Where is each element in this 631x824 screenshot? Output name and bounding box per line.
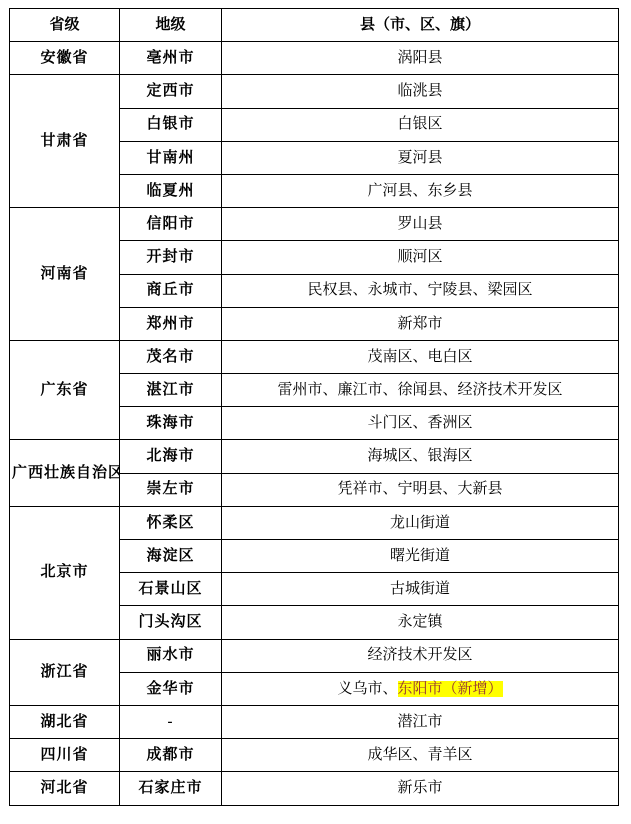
admin-divisions-table: 省级 地级 县（市、区、旗） 安徽省亳州市涡阳县甘肃省定西市临洮县白银市白银区甘… (9, 8, 619, 806)
county-cell: 民权县、永城市、宁陵县、梁园区 (222, 274, 619, 307)
table-header: 省级 地级 县（市、区、旗） (10, 9, 619, 42)
county-cell: 经济技术开发区 (222, 639, 619, 672)
prefecture-cell: 商丘市 (120, 274, 222, 307)
province-cell: 浙江省 (10, 639, 120, 705)
table-row: 广西壮族自治区北海市海城区、银海区 (10, 440, 619, 473)
county-cell: 涡阳县 (222, 42, 619, 75)
prefecture-cell: 信阳市 (120, 208, 222, 241)
county-cell: 古城街道 (222, 573, 619, 606)
province-cell: 四川省 (10, 739, 120, 772)
table-row: 甘肃省定西市临洮县 (10, 75, 619, 108)
prefecture-cell: 成都市 (120, 739, 222, 772)
prefecture-cell: 临夏州 (120, 174, 222, 207)
prefecture-cell: 白银市 (120, 108, 222, 141)
prefecture-cell: 丽水市 (120, 639, 222, 672)
province-cell: 河南省 (10, 208, 120, 341)
prefecture-cell: 亳州市 (120, 42, 222, 75)
province-cell: 河北省 (10, 772, 120, 805)
prefecture-cell: 甘南州 (120, 141, 222, 174)
table-row: 河北省石家庄市新乐市 (10, 772, 619, 805)
prefecture-cell: 定西市 (120, 75, 222, 108)
prefecture-cell: 海淀区 (120, 540, 222, 573)
county-cell: 曙光街道 (222, 540, 619, 573)
prefecture-cell: 湛江市 (120, 374, 222, 407)
province-cell: 湖北省 (10, 705, 120, 738)
prefecture-cell: 北海市 (120, 440, 222, 473)
county-cell: 凭祥市、宁明县、大新县 (222, 473, 619, 506)
county-cell: 成华区、青羊区 (222, 739, 619, 772)
table-row: 湖北省-潜江市 (10, 705, 619, 738)
county-cell: 临洮县 (222, 75, 619, 108)
county-cell: 潜江市 (222, 705, 619, 738)
prefecture-cell: 石家庄市 (120, 772, 222, 805)
prefecture-cell: 金华市 (120, 672, 222, 705)
highlighted-new-entry: 东阳市（新增） (398, 681, 503, 697)
table-row: 安徽省亳州市涡阳县 (10, 42, 619, 75)
province-cell: 北京市 (10, 506, 120, 639)
county-cell: 新郑市 (222, 307, 619, 340)
province-cell: 安徽省 (10, 42, 120, 75)
page: 省级 地级 县（市、区、旗） 安徽省亳州市涡阳县甘肃省定西市临洮县白银市白银区甘… (0, 0, 631, 824)
prefecture-cell: 茂名市 (120, 340, 222, 373)
prefecture-cell: 门头沟区 (120, 606, 222, 639)
province-cell: 广东省 (10, 340, 120, 440)
table-row: 四川省成都市成华区、青羊区 (10, 739, 619, 772)
table-row: 浙江省丽水市经济技术开发区 (10, 639, 619, 672)
county-cell: 永定镇 (222, 606, 619, 639)
header-county: 县（市、区、旗） (222, 9, 619, 42)
prefecture-cell: 崇左市 (120, 473, 222, 506)
county-cell: 罗山县 (222, 208, 619, 241)
table-row: 北京市怀柔区龙山街道 (10, 506, 619, 539)
table-row: 河南省信阳市罗山县 (10, 208, 619, 241)
table-body: 安徽省亳州市涡阳县甘肃省定西市临洮县白银市白银区甘南州夏河县临夏州广河县、东乡县… (10, 42, 619, 805)
header-province: 省级 (10, 9, 120, 42)
county-cell: 顺河区 (222, 241, 619, 274)
county-cell: 茂南区、电白区 (222, 340, 619, 373)
province-cell: 广西壮族自治区 (10, 440, 120, 506)
county-cell: 义乌市、东阳市（新增） (222, 672, 619, 705)
prefecture-cell: 郑州市 (120, 307, 222, 340)
county-cell: 斗门区、香洲区 (222, 407, 619, 440)
province-cell: 甘肃省 (10, 75, 120, 208)
prefecture-cell: - (120, 705, 222, 738)
county-cell: 广河县、东乡县 (222, 174, 619, 207)
prefecture-cell: 开封市 (120, 241, 222, 274)
prefecture-cell: 石景山区 (120, 573, 222, 606)
county-cell: 海城区、银海区 (222, 440, 619, 473)
county-text: 义乌市、 (337, 681, 397, 697)
county-cell: 雷州市、廉江市、徐闻县、经济技术开发区 (222, 374, 619, 407)
table-row: 广东省茂名市茂南区、电白区 (10, 340, 619, 373)
header-row: 省级 地级 县（市、区、旗） (10, 9, 619, 42)
county-cell: 夏河县 (222, 141, 619, 174)
header-prefecture: 地级 (120, 9, 222, 42)
county-cell: 白银区 (222, 108, 619, 141)
prefecture-cell: 怀柔区 (120, 506, 222, 539)
county-cell: 新乐市 (222, 772, 619, 805)
prefecture-cell: 珠海市 (120, 407, 222, 440)
county-cell: 龙山街道 (222, 506, 619, 539)
